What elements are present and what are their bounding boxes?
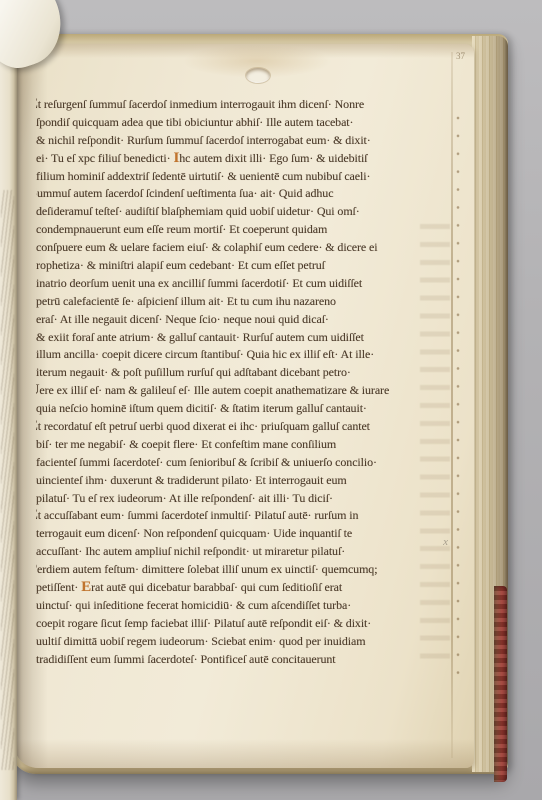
manuscript-line: quia neſcio hominē iſtum quem dicitiſ· &… [36, 400, 464, 418]
manuscript-line: petrū calefacientē ſe· aſpicienſ illum a… [36, 293, 464, 311]
manuscript-line: prophetiza· & miniſtri alapiſ eum cedeba… [36, 257, 464, 275]
manuscript-line: ſpondiſ quicquam adea que tibi obiciuntu… [36, 114, 464, 132]
manuscript-line: conſpuere eum & uelare faciem eiuſ· & co… [36, 239, 464, 257]
red-dyed-edge [494, 586, 507, 782]
manuscript-line: eraſ· At ille negauit dicenſ· Neque ſcio… [36, 311, 464, 329]
manuscript-line: accuſſant· Ihc autem ampliuſ nichil reſp… [36, 543, 464, 561]
manuscript-line: filium hominiſ addextriſ ſedentē uirtuti… [36, 168, 464, 186]
text-block: Et reſurgenſ ſummuſ ſacerdoſ inmedium in… [36, 96, 464, 669]
manuscript-line: condempnauerunt eum eſſe reum mortiſ· Et… [36, 221, 464, 239]
manuscript-line: petiſſent· Erat autē qui dicebatur barab… [36, 579, 464, 597]
manuscript-line: facienteſ ſummi ſacerdoteſ· cum ſeniorib… [36, 454, 464, 472]
manuscript-line: Uere ex illiſ eſ· nam & galileuſ eſ· Ill… [36, 382, 464, 400]
manuscript-line: terrogauit eum dicenſ· Non reſpondenſ qu… [36, 525, 464, 543]
manuscript-line: uultiſ dimittā uobiſ regem iudeorum· Sci… [36, 633, 464, 651]
manuscript-line: Et accuſſabant eum· ſummi ſacerdoteſ inm… [36, 507, 464, 525]
manuscript-line: uincienteſ ihm· duxerunt & tradiderunt p… [36, 472, 464, 490]
manuscript-line: tradidiſſent eum ſummi ſacerdoteſ· Ponti… [36, 651, 464, 669]
manuscript-line: & exiit foraſ ante atrium· & galluſ cant… [36, 329, 464, 347]
manuscript-line: pilatuſ· Tu eſ rex iudeorum· At ille reſ… [36, 490, 464, 508]
manuscript-line: coepit rogare ſicut ſemp faciebat illiſ·… [36, 615, 464, 633]
manuscript-page: 37 x Et reſurgenſ ſummuſ ſacerdoſ inmedi… [14, 44, 474, 768]
manuscript-line: Et recordatuſ eſt petruſ uerbi quod dixe… [36, 418, 464, 436]
facing-page-text-edge [1, 190, 14, 770]
facing-page-edge [0, 40, 17, 800]
manuscript-photograph: 37 x Et reſurgenſ ſummuſ ſacerdoſ inmedi… [0, 0, 542, 800]
manuscript-line: deſideramuſ teſteſ· audiſtiſ blaſphemiam… [36, 203, 464, 221]
manuscript-line: ei· Tu eſ xpc filiuſ benedicti· Ihc aute… [36, 150, 464, 168]
manuscript-line: Et reſurgenſ ſummuſ ſacerdoſ inmedium in… [36, 96, 464, 114]
manuscript-line: & nichil reſpondit· Rurſum ſummuſ ſacerd… [36, 132, 464, 150]
manuscript-line: Perdiem autem feſtum· dimittere ſolebat … [36, 561, 464, 579]
manuscript-line: illum ancilla· coepit dicere circum ſtan… [36, 346, 464, 364]
manuscript-line: inatrio deorſum uenit una ex ancilliſ ſu… [36, 275, 464, 293]
manuscript-line: iterum negauit· & poſt puſillum rurſuſ q… [36, 364, 464, 382]
manuscript-line: biſ· ter me negabiſ· & coepit flere· Et … [36, 436, 464, 454]
folio-number: 37 [456, 51, 465, 61]
manuscript-line: uinctuſ· qui inſeditione fecerat homicid… [36, 597, 464, 615]
manuscript-line: Summuſ autem ſacerdoſ ſcindenſ ueſtiment… [36, 185, 464, 203]
parchment-hole [246, 68, 270, 83]
